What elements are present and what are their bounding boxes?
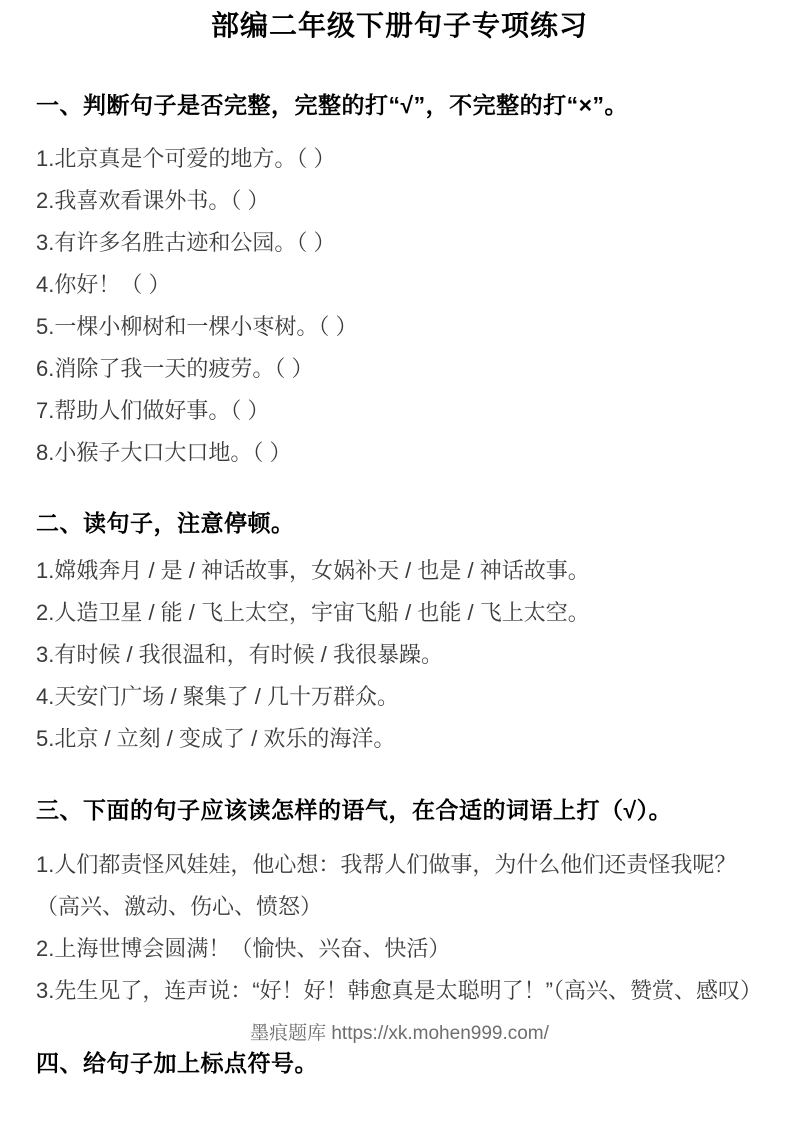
section-tone-choice: 三、下面的句子应该读怎样的语气，在合适的词语上打（√）。 1.人们都责怪风娃娃，… [36,795,763,1012]
exercise-item: 1.嫦娥奔月 / 是 / 神话故事，女娲补天 / 也是 / 神话故事。 [36,550,763,592]
section-2-items: 1.嫦娥奔月 / 是 / 神话故事，女娲补天 / 也是 / 神话故事。 2.人造… [36,550,763,760]
exercise-item: 7.帮助人们做好事。（ ） [36,390,763,432]
section-judge-complete: 一、判断句子是否完整，完整的打“√”，不完整的打“×”。 1.北京真是个可爱的地… [36,90,763,474]
exercise-item: 2.上海世博会圆满！（愉快、兴奋、快活） [36,928,763,970]
section-2-heading: 二、读句子，注意停顿。 [36,508,763,538]
exercise-item: 6.消除了我一天的疲劳。（ ） [36,348,763,390]
exercise-item: 5.一棵小柳树和一棵小枣树。（ ） [36,306,763,348]
page-title: 部编二年级下册句子专项练习 [36,8,763,44]
section-3-heading: 三、下面的句子应该读怎样的语气，在合适的词语上打（√）。 [36,795,763,825]
exercise-item: 4.天安门广场 / 聚集了 / 几十万群众。 [36,676,763,718]
exercise-item: 5.北京 / 立刻 / 变成了 / 欢乐的海洋。 [36,718,763,760]
watermark: 墨痕题库 https://xk.mohen999.com/ [36,1022,763,1046]
exercise-item: 4.你好！（ ） [36,264,763,306]
exercise-item: 3.先生见了，连声说：“好！好！韩愈真是太聪明了！”（高兴、赞赏、感叹） [36,970,763,1012]
section-read-pause: 二、读句子，注意停顿。 1.嫦娥奔月 / 是 / 神话故事，女娲补天 / 也是 … [36,508,763,760]
exercise-item: 3.有许多名胜古迹和公园。（ ） [36,222,763,264]
section-4-heading: 四、给句子加上标点符号。 [36,1048,763,1078]
section-3-items: 1.人们都责怪风娃娃，他心想：我帮人们做事，为什么他们还责怪我呢？（高兴、激动、… [36,844,763,1012]
exercise-item: 8.小猴子大口大口地。（ ） [36,432,763,474]
section-1-heading: 一、判断句子是否完整，完整的打“√”，不完整的打“×”。 [36,90,763,120]
exercise-item: 2.我喜欢看课外书。（ ） [36,180,763,222]
section-1-items: 1.北京真是个可爱的地方。（ ） 2.我喜欢看课外书。（ ） 3.有许多名胜古迹… [36,138,763,474]
exercise-item: 3.有时候 / 我很温和，有时候 / 我很暴躁。 [36,634,763,676]
exercise-item: 2.人造卫星 / 能 / 飞上太空，宇宙飞船 / 也能 / 飞上太空。 [36,592,763,634]
exercise-item: 1.北京真是个可爱的地方。（ ） [36,138,763,180]
worksheet-page: 部编二年级下册句子专项练习 一、判断句子是否完整，完整的打“√”，不完整的打“×… [0,0,793,1122]
section-punctuation: 四、给句子加上标点符号。 [36,1048,763,1078]
exercise-item: 1.人们都责怪风娃娃，他心想：我帮人们做事，为什么他们还责怪我呢？（高兴、激动、… [36,844,763,928]
